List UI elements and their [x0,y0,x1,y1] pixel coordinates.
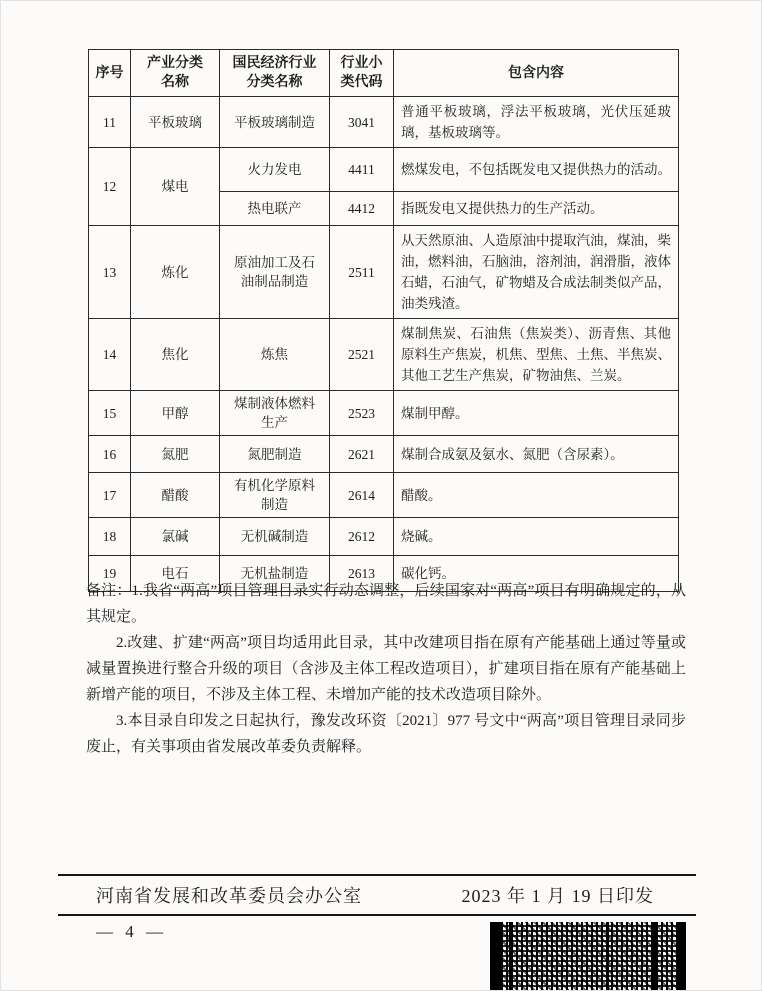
header-code: 行业小 类代码 [330,50,394,97]
page-number: — 4 — [96,922,167,942]
table-header-row: 序号 产业分类 名称 国民经济行业 分类名称 行业小 类代码 包含内容 [89,50,679,97]
cell-industry: 平板玻璃制造 [220,97,330,148]
table-row: 13 炼化 原油加工及石 油制品制造 2511 从天然原油、人造原油中提取汽油，… [89,226,679,319]
cell-content: 燃煤发电，不包括既发电又提供热力的活动。 [394,148,679,192]
cell-content: 烧碱。 [394,518,679,556]
cell-no: 11 [89,97,131,148]
header-no: 序号 [89,50,131,97]
industry-catalog-table: 序号 产业分类 名称 国民经济行业 分类名称 行业小 类代码 包含内容 11 平… [88,49,679,592]
cell-code: 2523 [330,391,394,436]
header-industry: 国民经济行业 分类名称 [220,50,330,97]
cell-industry: 无机碱制造 [220,518,330,556]
cell-code: 4411 [330,148,394,192]
cell-category: 氮肥 [131,436,220,473]
cell-category: 醋酸 [131,473,220,518]
cell-no: 14 [89,319,131,391]
table-row: 17 醋酸 有机化学原料 制造 2614 醋酸。 [89,473,679,518]
cell-category: 煤电 [131,148,220,226]
table-row: 16 氮肥 氮肥制造 2621 煤制合成氨及氨水、氮肥（含尿素）。 [89,436,679,473]
cell-no: 12 [89,148,131,226]
cell-content: 指既发电又提供热力的生产活动。 [394,192,679,226]
cell-industry: 氮肥制造 [220,436,330,473]
cell-no: 16 [89,436,131,473]
document-page: 序号 产业分类 名称 国民经济行业 分类名称 行业小 类代码 包含内容 11 平… [0,0,762,991]
cell-no: 18 [89,518,131,556]
cell-no: 13 [89,226,131,319]
cell-code: 2511 [330,226,394,319]
cell-industry: 炼焦 [220,319,330,391]
header-category: 产业分类 名称 [131,50,220,97]
cell-industry: 热电联产 [220,192,330,226]
cell-content: 煤制甲醇。 [394,391,679,436]
cell-content: 煤制焦炭、石油焦（焦炭类）、沥青焦、其他原料生产焦炭，机焦、型焦、土焦、半焦炭、… [394,319,679,391]
remarks-section: 备注：1.我省“两高”项目管理目录实行动态调整，后续国家对“两高”项目有明确规定… [86,578,686,760]
table-row: 15 甲醇 煤制液体燃料 生产 2523 煤制甲醇。 [89,391,679,436]
table-row: 14 焦化 炼焦 2521 煤制焦炭、石油焦（焦炭类）、沥青焦、其他原料生产焦炭… [89,319,679,391]
remark-paragraph-3: 3.本目录自印发之日起执行，豫发改环资〔2021〕977 号文中“两高”项目管理… [86,708,686,760]
cell-category: 平板玻璃 [131,97,220,148]
document-barcode-image [490,922,686,991]
cell-content: 煤制合成氨及氨水、氮肥（含尿素）。 [394,436,679,473]
remark-paragraph-1: 备注：1.我省“两高”项目管理目录实行动态调整，后续国家对“两高”项目有明确规定… [86,578,686,630]
cell-code: 2621 [330,436,394,473]
table-row: 18 氯碱 无机碱制造 2612 烧碱。 [89,518,679,556]
cell-no: 17 [89,473,131,518]
cell-industry: 有机化学原料 制造 [220,473,330,518]
cell-code: 3041 [330,97,394,148]
table-row: 11 平板玻璃 平板玻璃制造 3041 普通平板玻璃，浮法平板玻璃，光伏压延玻璃… [89,97,679,148]
header-content: 包含内容 [394,50,679,97]
remark-paragraph-2: 2.改建、扩建“两高”项目均适用此目录，其中改建项目指在原有产能基础上通过等量或… [86,630,686,708]
cell-category: 甲醇 [131,391,220,436]
cell-code: 2521 [330,319,394,391]
cell-code: 4412 [330,192,394,226]
cell-content: 醋酸。 [394,473,679,518]
table-row: 12 煤电 火力发电 4411 燃煤发电，不包括既发电又提供热力的活动。 [89,148,679,192]
issue-date: 2023 年 1 月 19 日印发 [462,882,655,908]
cell-code: 2612 [330,518,394,556]
cell-category: 炼化 [131,226,220,319]
issuing-office: 河南省发展和改革委员会办公室 [96,882,362,908]
cell-industry: 火力发电 [220,148,330,192]
cell-category: 氯碱 [131,518,220,556]
cell-no: 15 [89,391,131,436]
cell-content: 从天然原油、人造原油中提取汽油，煤油，柴油，燃料油，石脑油，溶剂油，润滑脂，液体… [394,226,679,319]
issuance-footer: 河南省发展和改革委员会办公室 2023 年 1 月 19 日印发 [58,874,696,916]
cell-industry: 原油加工及石 油制品制造 [220,226,330,319]
cell-industry: 煤制液体燃料 生产 [220,391,330,436]
cell-content: 普通平板玻璃，浮法平板玻璃，光伏压延玻璃，基板玻璃等。 [394,97,679,148]
cell-code: 2614 [330,473,394,518]
cell-category: 焦化 [131,319,220,391]
